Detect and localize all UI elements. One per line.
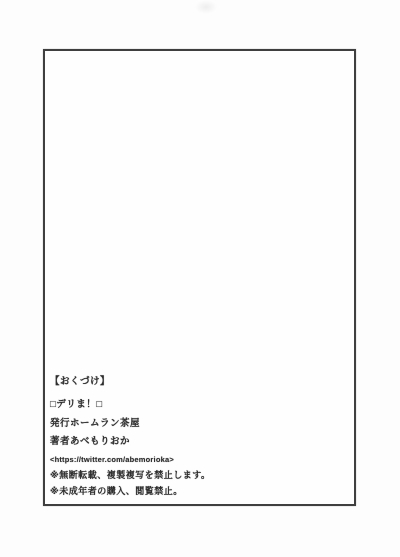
twitter-url: <https://twitter.com/abemorioka>	[50, 456, 174, 464]
author-line: 著者あべもりおか	[50, 437, 130, 447]
publisher-line: 発行ホームラン茶屋	[50, 419, 140, 429]
work-title: □デリま！□	[50, 400, 102, 410]
notice-no-reproduction: ※無断転載、複製複写を禁止します。	[50, 471, 211, 480]
page-border-frame: 【おくづけ】 □デリま！□ 発行ホームラン茶屋 著者あべもりおか <https:…	[43, 49, 356, 506]
colophon-heading: 【おくづけ】	[50, 377, 110, 387]
colophon-block: 【おくづけ】 □デリま！□ 発行ホームラン茶屋 著者あべもりおか <https:…	[45, 51, 354, 504]
notice-adults-only: ※未成年者の購入、閲覧禁止。	[50, 487, 183, 496]
scan-artifact	[195, 0, 217, 14]
